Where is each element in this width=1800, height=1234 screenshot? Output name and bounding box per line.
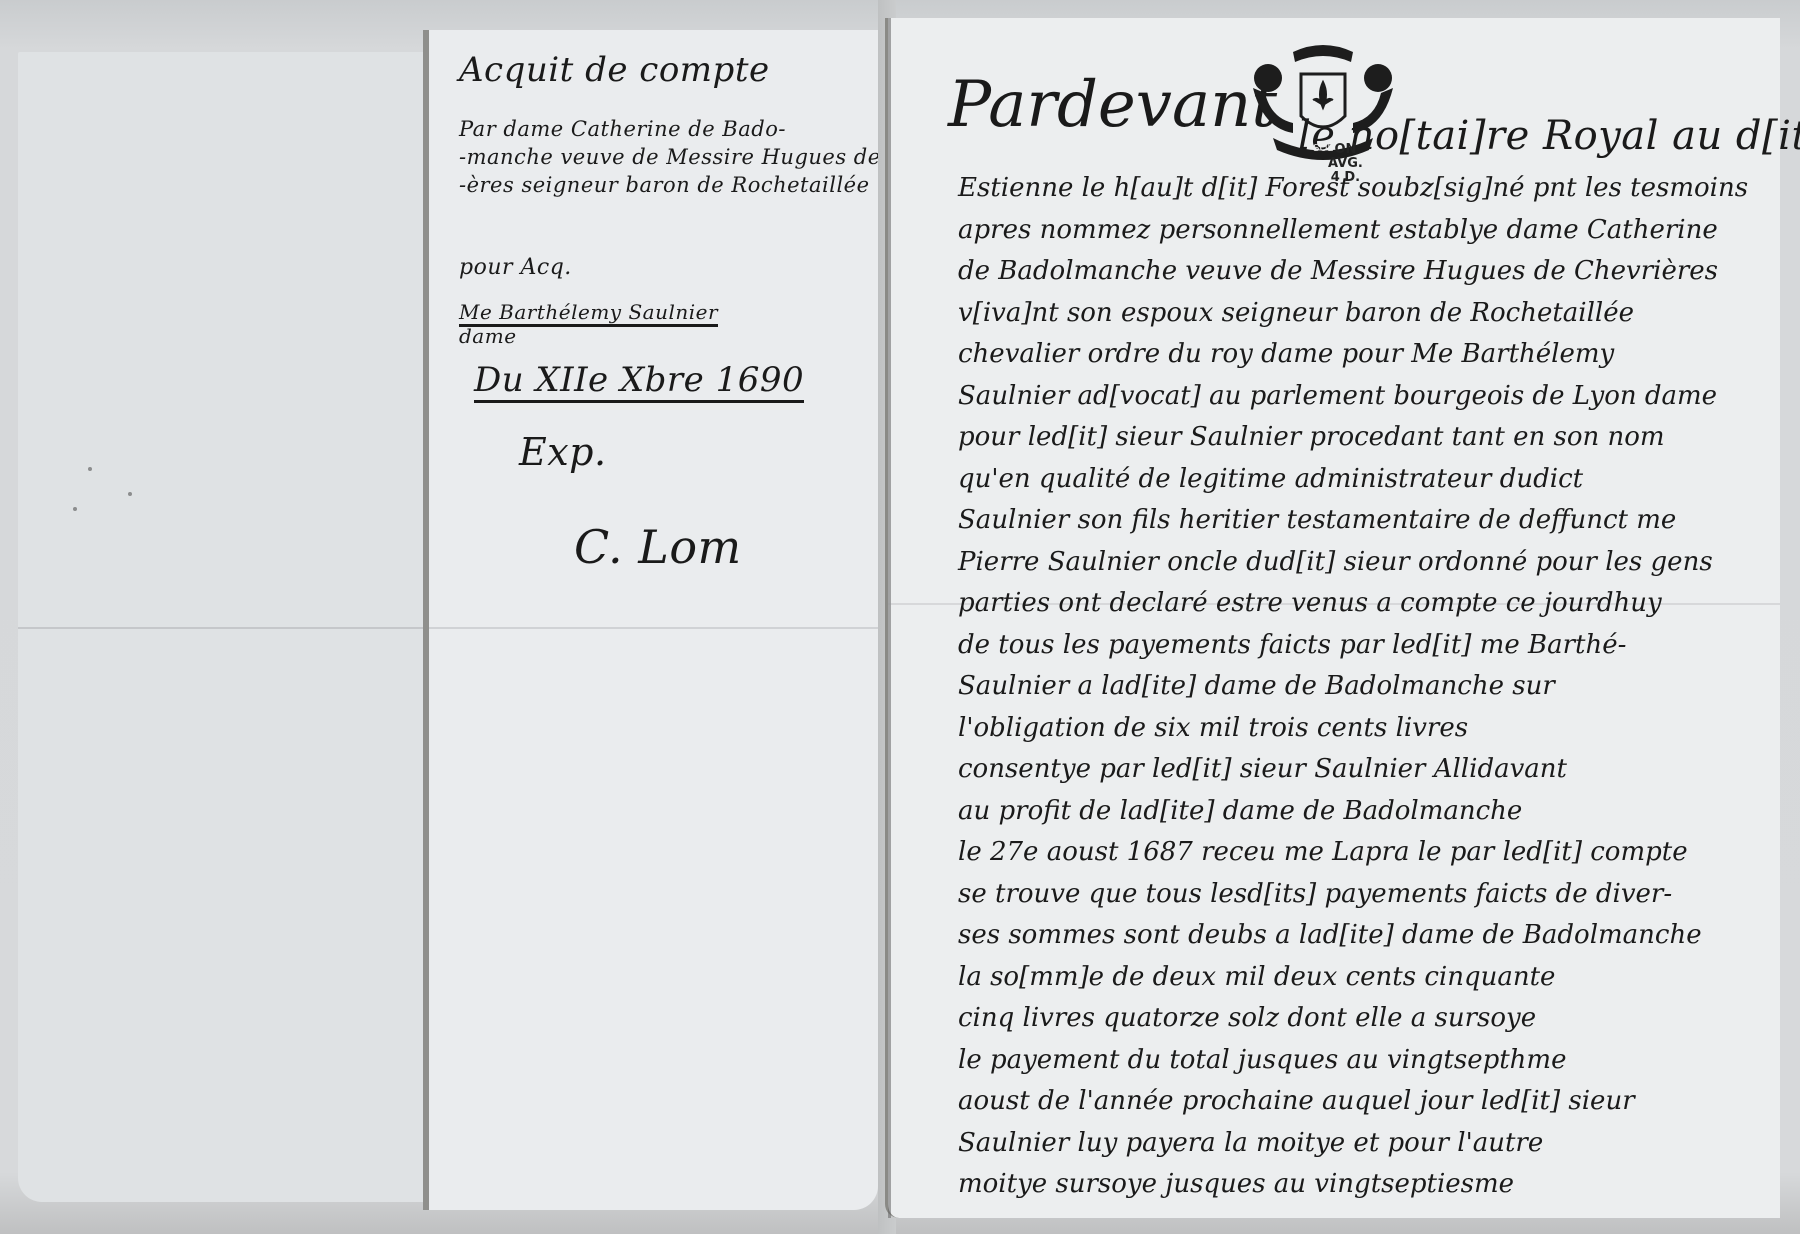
text-line: chevalier ordre du roy dame pour Me Bart… [958,334,1758,376]
endorsement-title: Acquit de compte [459,50,770,90]
text-line: v[iva]nt son espoux seigneur baron de Ro… [958,293,1758,335]
text-line: Saulnier luy payera la moitye et pour l'… [958,1123,1758,1165]
opening-word-pardevant: Pardevant [948,68,1277,142]
left-blank-leaf [18,52,423,1202]
text-line: moitye sursoye jusques au vingtseptiesme [958,1164,1758,1206]
text-line: se trouve que tous lesd[its] payements f… [958,874,1758,916]
endorsement-counterparty-name: Me Barthélemy Saulnier [459,300,718,327]
text-line: cinq livres quatorze solz dont elle a su… [958,998,1758,1040]
text-line: le 27e aoust 1687 receu me Lapra le par … [958,832,1758,874]
text-line: qu'en qualité de legitime administrateur… [958,459,1758,501]
main-text-page: Pardevant le no[tai]re Royal au d[it] SO… [885,18,1780,1218]
text-line: aoust de l'année prochaine auquel jour l… [958,1081,1758,1123]
text-line: parties ont declaré estre venus a compte… [958,583,1758,625]
text-line: de tous les payements faicts par led[it]… [958,625,1758,667]
ink-speck [88,467,92,471]
text-line: Saulnier son fils heritier testamentaire… [958,500,1758,542]
endorsement-leaf: Acquit de compte Par dame Catherine de B… [423,30,878,1210]
vertical-fold-crease [888,18,891,1218]
ink-speck [73,507,77,511]
horizontal-fold-crease [18,627,423,629]
endorsement-counterparty: Me Barthélemy Saulnier dame [459,300,718,348]
ink-speck [128,492,132,496]
text-line: apres nommez personnellement establye da… [958,210,1758,252]
text-line: Estienne le h[au]t d[it] Forest soubz[si… [958,168,1758,210]
text-line: Pierre Saulnier oncle dud[it] sieur ordo… [958,542,1758,584]
text-line: Saulnier a lad[ite] dame de Badolmanche … [958,666,1758,708]
endorsement-counterparty-title: dame [459,324,718,348]
text-line: l'obligation de six mil trois cents livr… [958,708,1758,750]
endorsement-line: pour Acq. [459,255,572,280]
text-line: consentye par led[it] sieur Saulnier All… [958,749,1758,791]
horizontal-fold-crease [429,627,878,629]
endorsement-date: Du XIIe Xbre 1690 [474,360,804,403]
text-line: le payement du total jusques au vingtsep… [958,1040,1758,1082]
text-line: Saulnier ad[vocat] au parlement bourgeoi… [958,376,1758,418]
royal-tax-stamp-icon: SOL [1233,38,1413,178]
text-line: au profit de lad[ite] dame de Badolmanch… [958,791,1758,833]
text-line: pour led[it] sieur Saulnier procedant ta… [958,417,1758,459]
signature-exp: Exp. [519,430,607,474]
text-line: la so[mm]e de deux mil deux cents cinqua… [958,957,1758,999]
text-line: de Badolmanche veuve de Messire Hugues d… [958,251,1758,293]
text-line: ses sommes sont deubs a lad[ite] dame de… [958,915,1758,957]
act-body: Estienne le h[au]t d[it] Forest soubz[si… [958,168,1758,1206]
signature-clerk: C. Lom [574,520,742,574]
